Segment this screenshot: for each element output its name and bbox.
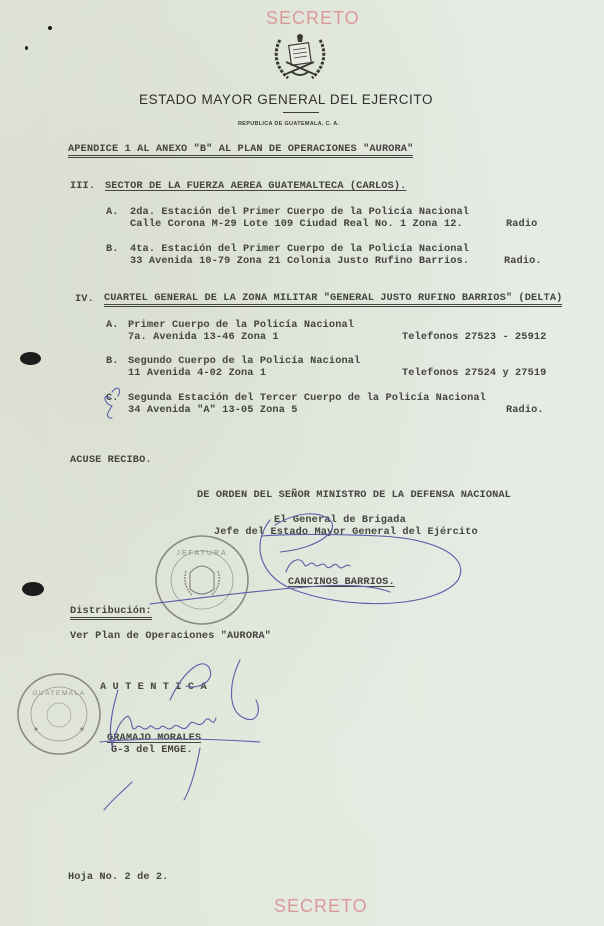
signatory-position: Jefe del Estado Mayor General del Ejérci… xyxy=(214,526,478,538)
svg-text:GUATEMALA: GUATEMALA xyxy=(32,690,85,697)
item-line1: Segundo Cuerpo de la Policía Nacional xyxy=(128,355,360,367)
item-line1: 2da. Estación del Primer Cuerpo de la Po… xyxy=(130,206,469,218)
order-line: DE ORDEN DEL SEÑOR MINISTRO DE LA DEFENS… xyxy=(197,489,511,501)
item-line2: 7a. Avenida 13-46 Zona 1 xyxy=(128,331,279,343)
document-subtitle: REPUBLICA DE GUATEMALA, C. A. xyxy=(238,121,339,127)
item-line1: 4ta. Estación del Primer Cuerpo de la Po… xyxy=(130,243,469,255)
item-line1: Primer Cuerpo de la Policía Nacional xyxy=(128,319,354,331)
item-letter: A. xyxy=(106,206,119,218)
item-letter: A. xyxy=(106,319,119,331)
item-line2: 33 Avenida 10-79 Zona 21 Colonia Justo R… xyxy=(130,255,469,267)
document-title: ESTADO MAYOR GENERAL DEL EJERCITO xyxy=(139,92,433,107)
section-title: SECTOR DE LA FUERZA AEREA GUATEMALTECA (… xyxy=(105,180,406,192)
classification-stamp-top: SECRETO xyxy=(266,8,360,29)
section-title: CUARTEL GENERAL DE LA ZONA MILITAR "GENE… xyxy=(104,292,562,307)
item-comm: Radio. xyxy=(504,255,542,267)
item-comm: Radio. xyxy=(506,404,544,416)
scan-speck xyxy=(25,46,28,50)
punch-hole-mark xyxy=(20,352,41,365)
section-number: IV. xyxy=(75,293,94,305)
item-line2: 34 Avenida "A" 13-05 Zona 5 xyxy=(128,404,298,416)
authenticator-position: G-3 del EMGE. xyxy=(111,744,193,756)
item-line2: 11 Avenida 4-02 Zona 1 xyxy=(128,367,266,379)
classification-stamp-bottom: SECRETO xyxy=(274,896,368,917)
item-line2: Calle Corona M-29 Lote 109 Ciudad Real N… xyxy=(130,218,463,230)
svg-text:JEFATURA: JEFATURA xyxy=(176,550,227,557)
authentication-label: A U T E N T I C A xyxy=(100,681,207,693)
page-number: Hoja No. 2 de 2. xyxy=(68,871,168,883)
distribution-text: Ver Plan de Operaciones "AURORA" xyxy=(70,630,271,642)
appendix-heading: APENDICE 1 AL ANEXO "B" AL PLAN DE OPERA… xyxy=(68,143,413,158)
item-comm: Radio xyxy=(506,218,537,230)
item-comm: Telefonos 27524 y 27519 xyxy=(402,367,546,379)
distribution-label: Distribución: xyxy=(70,605,152,620)
signatory-rank: El General de Brigada xyxy=(274,514,406,526)
item-letter: B. xyxy=(106,243,119,255)
acknowledgement: ACUSE RECIBO. xyxy=(70,454,152,466)
punch-hole-mark xyxy=(22,582,44,596)
item-comm: Telefonos 27523 - 25912 xyxy=(402,331,546,343)
tercera-seccion-seal-icon: GUATEMALA xyxy=(14,671,104,757)
header-divider xyxy=(283,112,319,113)
jefatura-seal-icon: JEFATURA xyxy=(152,533,252,627)
item-letter: B. xyxy=(106,355,119,367)
scan-speck xyxy=(48,26,52,30)
authenticator-name: GRAMAJO MORALES xyxy=(107,732,201,744)
item-line1: Segunda Estación del Tercer Cuerpo de la… xyxy=(128,392,486,404)
coat-of-arms-icon xyxy=(270,28,330,84)
signatory-name: CANCINOS BARRIOS. xyxy=(288,576,395,588)
item-letter: C. xyxy=(106,392,119,404)
section-number: III. xyxy=(70,180,95,192)
